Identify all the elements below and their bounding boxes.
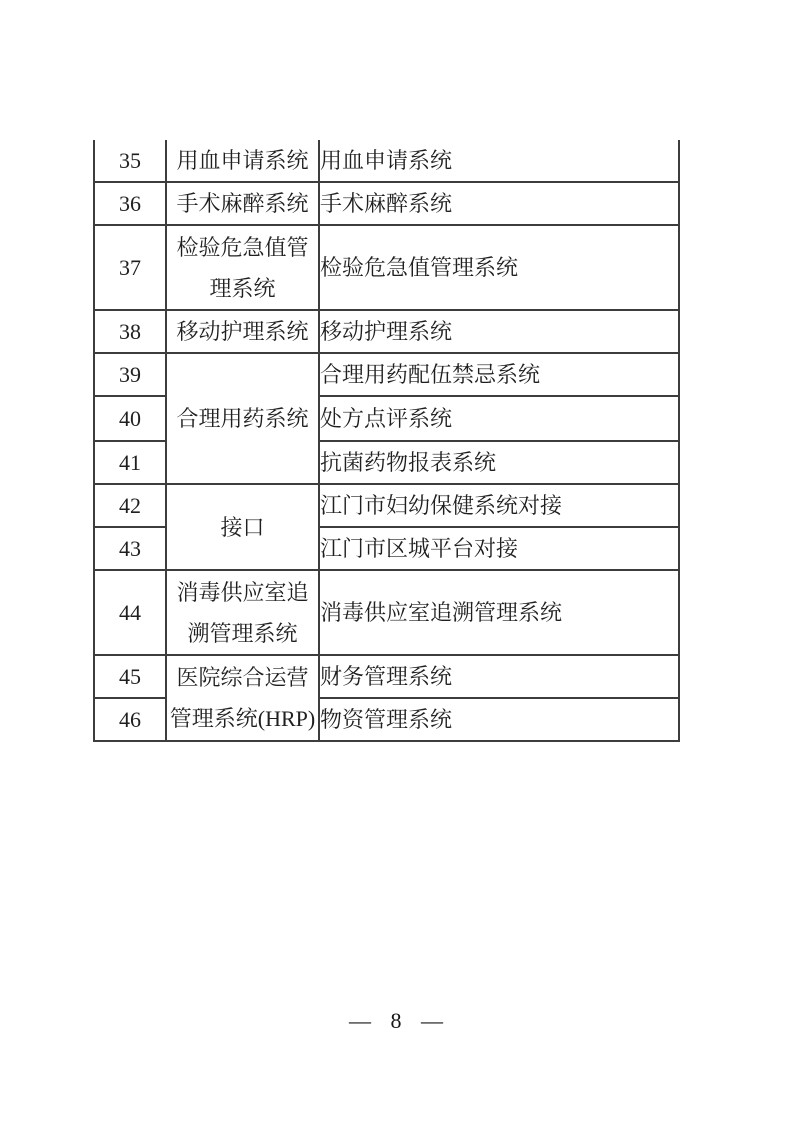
category-cell: 接口 xyxy=(166,484,319,570)
table-row: 42 接口 江门市妇幼保健系统对接 xyxy=(94,484,679,527)
system-cell: 用血申请系统 xyxy=(319,140,679,182)
row-number-cell: 35 xyxy=(94,140,166,182)
system-cell: 移动护理系统 xyxy=(319,310,679,353)
row-number-cell: 41 xyxy=(94,441,166,484)
system-cell: 合理用药配伍禁忌系统 xyxy=(319,353,679,396)
category-cell: 合理用药系统 xyxy=(166,353,319,484)
row-number-cell: 37 xyxy=(94,225,166,310)
row-number-cell: 42 xyxy=(94,484,166,527)
table-row: 37 检验危急值管理系统 检验危急值管理系统 xyxy=(94,225,679,310)
system-cell: 手术麻醉系统 xyxy=(319,182,679,225)
table-row: 36 手术麻醉系统 手术麻醉系统 xyxy=(94,182,679,225)
system-cell: 处方点评系统 xyxy=(319,396,679,441)
category-cell: 用血申请系统 xyxy=(166,140,319,182)
category-cell: 移动护理系统 xyxy=(166,310,319,353)
row-number-cell: 45 xyxy=(94,655,166,698)
page-number: — 8 — xyxy=(0,1008,792,1034)
table-row: 39 合理用药系统 合理用药配伍禁忌系统 xyxy=(94,353,679,396)
table-row: 45 医院综合运营管理系统(HRP) 财务管理系统 xyxy=(94,655,679,698)
row-number-cell: 38 xyxy=(94,310,166,353)
system-cell: 物资管理系统 xyxy=(319,698,679,741)
category-cell: 消毒供应室追溯管理系统 xyxy=(166,570,319,655)
table-row: 35 用血申请系统 用血申请系统 xyxy=(94,140,679,182)
row-number-cell: 44 xyxy=(94,570,166,655)
row-number-cell: 36 xyxy=(94,182,166,225)
system-cell: 抗菌药物报表系统 xyxy=(319,441,679,484)
system-cell: 检验危急值管理系统 xyxy=(319,225,679,310)
category-cell: 手术麻醉系统 xyxy=(166,182,319,225)
category-cell: 医院综合运营管理系统(HRP) xyxy=(166,655,319,741)
system-cell: 江门市妇幼保健系统对接 xyxy=(319,484,679,527)
table-row: 38 移动护理系统 移动护理系统 xyxy=(94,310,679,353)
row-number-cell: 46 xyxy=(94,698,166,741)
category-cell: 检验危急值管理系统 xyxy=(166,225,319,310)
row-number-cell: 43 xyxy=(94,527,166,570)
row-number-cell: 39 xyxy=(94,353,166,396)
row-number-cell: 40 xyxy=(94,396,166,441)
system-cell: 财务管理系统 xyxy=(319,655,679,698)
systems-table: 35 用血申请系统 用血申请系统 36 手术麻醉系统 手术麻醉系统 37 检验危… xyxy=(93,140,680,742)
table-row: 44 消毒供应室追溯管理系统 消毒供应室追溯管理系统 xyxy=(94,570,679,655)
document-page: 35 用血申请系统 用血申请系统 36 手术麻醉系统 手术麻醉系统 37 检验危… xyxy=(0,0,792,1124)
system-cell: 消毒供应室追溯管理系统 xyxy=(319,570,679,655)
system-cell: 江门市区城平台对接 xyxy=(319,527,679,570)
